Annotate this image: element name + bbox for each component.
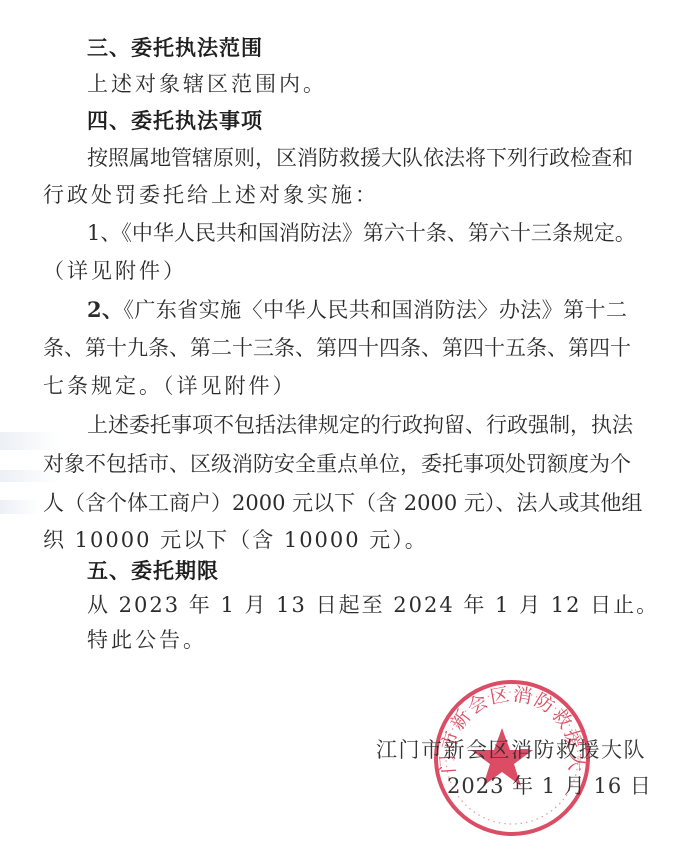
section-heading-matters: 四、委托执法事项 xyxy=(87,106,263,136)
paragraph-line: 上述对象辖区范围内。 xyxy=(87,69,327,99)
list-item-2-line: 2、《广东省实施〈中华人民共和国消防法〉办法》第十二 xyxy=(87,295,627,325)
list-item-1-line: 1、《中华人民共和国消防法》第六十条、第六十三条规定。 xyxy=(87,218,627,248)
paragraph-line: 行政处罚委托给上述对象实施： xyxy=(43,180,379,210)
note-line: 织 10000 元以下（含 10000 元）。 xyxy=(43,525,428,555)
list-item-1-line: （详见附件） xyxy=(43,256,187,286)
section-heading-period: 五、委托期限 xyxy=(87,556,219,586)
scan-artifact xyxy=(0,500,40,514)
list-item-number: 1、 xyxy=(87,221,121,245)
paragraph-line: 从 2023 年 1 月 13 日起至 2024 年 1 月 12 日止。 xyxy=(87,590,659,620)
note-line: 人（含个体工商户）2000 元以下（含 2000 元）、法人或其他组 xyxy=(43,488,627,518)
list-item-text: 《中华人民共和国消防法》第六十条、第六十三条规定。 xyxy=(121,221,636,245)
note-line: 上述委托事项不包括法律规定的行政拘留、行政强制，执法 xyxy=(87,410,627,440)
paragraph-line: 按照属地管辖原则，区消防救援大队依法将下列行政检查和 xyxy=(87,143,627,173)
signature-date: 2023 年 1 月 16 日 xyxy=(447,771,652,801)
signature-organization: 江门市新会区消防救援大队 xyxy=(376,735,646,765)
list-item-number: 2、 xyxy=(87,297,123,322)
list-item-text: 《广东省实施〈中华人民共和国消防法〉办法》第十二 xyxy=(123,298,627,322)
note-line: 对象不包括市、区级消防安全重点单位，委托事项处罚额度为个 xyxy=(43,449,627,479)
list-item-2-line: 七条规定。（详见附件） xyxy=(43,371,297,401)
scan-artifact xyxy=(0,432,60,450)
list-item-2-line: 条、第十九条、第二十三条、第四十四条、第四十五条、第四十 xyxy=(43,333,627,363)
document-page: 三、委托执法范围 上述对象辖区范围内。 四、委托执法事项 按照属地管辖原则，区消… xyxy=(0,0,690,865)
section-heading-scope: 三、委托执法范围 xyxy=(87,33,263,63)
paragraph-line: 特此公告。 xyxy=(87,625,207,655)
